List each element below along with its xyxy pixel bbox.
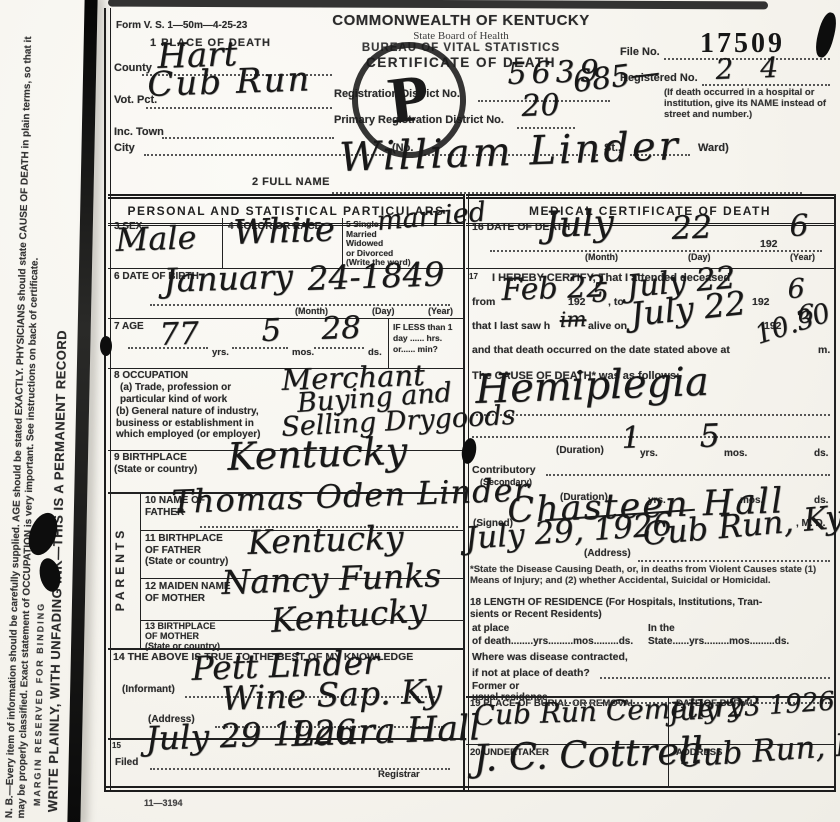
state-board-subtitle: State Board of Health	[330, 30, 592, 42]
precinct-value: Cub Run	[147, 62, 312, 102]
inc-town-label: Inc. Town	[114, 126, 164, 139]
scan-top-streak	[108, 0, 768, 9]
age-mos-label: mos.	[292, 348, 314, 359]
duration-mos-label: mos.	[724, 448, 747, 460]
father-name-value: Thomas Oden Linder	[171, 474, 530, 518]
medical-section-header: MEDICAL CERTIFICATE OF DEATH	[466, 194, 834, 226]
age-line	[314, 347, 364, 349]
precinct-line	[146, 107, 332, 109]
age-ds-label: ds.	[368, 348, 382, 359]
residence-label: 18 LENGTH OF RESIDENCE (For Hospitals, I…	[470, 597, 762, 620]
ink-blob	[100, 336, 112, 356]
duration-label: (Duration)	[556, 445, 604, 457]
last-saw-date: July 22	[629, 286, 748, 331]
filed-label: Filed	[115, 757, 138, 769]
dob-month-value: January	[163, 260, 294, 297]
date-of-death-line	[490, 250, 822, 252]
occupation-a-label: (a) Trade, profession or particular kind…	[120, 382, 231, 405]
marital-value: married	[376, 199, 487, 235]
of-death-line: of death........yrs.........mos.........…	[472, 636, 633, 648]
date-of-death-year-prefix: 192	[760, 238, 778, 250]
race-value: White	[233, 212, 336, 250]
signed-address-label: (Address)	[584, 548, 631, 560]
parents-vertical-label: PARENTS	[114, 494, 128, 644]
parents-divider	[140, 492, 141, 650]
bureau-subtitle: BUREAU OF VITAL STATISTICS	[330, 42, 592, 55]
scan-corner-mark	[813, 11, 840, 60]
full-name-label: 2 FULL NAME	[252, 176, 330, 189]
state-residence-line: State......yrs.........mos.........ds.	[648, 636, 789, 648]
last-saw-label: that I last saw h	[472, 320, 550, 332]
primary-district-value: 20	[521, 91, 560, 122]
to-year-prefix: 192	[752, 296, 770, 308]
duration-ds-label: ds.	[814, 448, 828, 460]
signed-address-line	[638, 560, 830, 562]
cause-line	[472, 414, 830, 416]
registrar-label: Registrar	[378, 770, 420, 781]
alive-on-label: alive on	[588, 320, 627, 332]
registrar-line	[150, 768, 450, 770]
dob-day-sub: (Day)	[372, 306, 395, 316]
informant-address-value: Wine Sap. Ky	[221, 674, 443, 715]
duration-yrs-label: yrs.	[640, 448, 658, 460]
undertaker-value: J. C. Cottrell	[473, 732, 704, 777]
at-place-label: at place	[472, 623, 509, 635]
form-bottom-border	[104, 786, 836, 798]
age-label: 7 AGE	[114, 321, 144, 333]
dob-year-sub: (Year)	[428, 306, 453, 316]
age-days-value: 28	[321, 313, 362, 345]
registrar-name-value: Laura Hall	[291, 711, 481, 753]
if-not-line	[600, 677, 830, 679]
death-occurred-label: and that death occurred on the date stat…	[472, 344, 730, 356]
dod-day-sub: (Day)	[688, 252, 711, 262]
age-yrs-label: yrs.	[212, 348, 229, 359]
attended-from-year: 5	[591, 279, 609, 307]
mother-birthplace-value: Kentucky	[270, 593, 428, 637]
birthplace-label: 9 BIRTHPLACE (State or country)	[114, 452, 197, 475]
date-of-death-month: July	[544, 206, 615, 244]
sex-value: Male	[115, 221, 197, 256]
father-birthplace-label: 11 BIRTHPLACE OF FATHER (State or countr…	[145, 533, 228, 568]
time-m-label: m.	[818, 344, 830, 356]
contracted-label: Where was disease contracted,	[472, 651, 628, 663]
if-less-note: IF LESS than 1 day ...... hrs. or...... …	[393, 322, 453, 355]
form-number: Form V. S. 1—50m—4-25-23	[116, 20, 247, 32]
death-certificate-scan: N. B.—Every item of information should b…	[0, 0, 840, 822]
date-of-death-year: 6	[789, 211, 809, 242]
primary-district-extra: 685—	[571, 58, 661, 98]
from-label: from	[472, 296, 495, 308]
occupation-label: 8 OCCUPATION	[114, 370, 188, 382]
city-label: City	[114, 142, 135, 155]
commonwealth-title: COMMONWEALTH OF KENTUCKY	[330, 12, 592, 29]
if-not-label: if not at place of death?	[472, 667, 590, 679]
last-saw-im: im	[559, 309, 586, 331]
cause-of-death-value: Hemiplegia	[475, 362, 710, 410]
ward-label: Ward)	[698, 142, 729, 155]
mother-name-label: 12 MAIDEN NAME OF MOTHER	[145, 581, 231, 604]
hospital-note: (If death occurred in a hospital or inst…	[664, 87, 836, 120]
form-code: 11—3194	[144, 798, 183, 808]
former-label: Former or	[472, 681, 519, 693]
form-left-border	[104, 8, 111, 792]
birthplace-value: Kentucky	[227, 432, 408, 476]
to-label: , to	[608, 296, 624, 308]
registered-no-value: 2 4	[715, 54, 787, 84]
date-of-death-day: 22	[671, 211, 713, 244]
p-stamp-letter: P	[384, 60, 433, 140]
certify-number: 17	[469, 272, 478, 281]
dod-month-sub: (Month)	[585, 252, 618, 262]
father-birthplace-value: Kentucky	[247, 521, 404, 559]
dob-line	[150, 304, 450, 306]
contributory-line	[546, 474, 830, 476]
cause-line	[472, 436, 830, 438]
in-the-label: In the	[648, 623, 675, 635]
dod-year-sub: (Year)	[790, 252, 815, 262]
age-months-value: 5	[261, 315, 282, 347]
filed-number: 15	[112, 741, 121, 750]
duration-years-value: 1	[621, 423, 641, 454]
age-years-value: 77	[159, 319, 200, 351]
cause-footnote: *State the Disease Causing Death, or, in…	[470, 564, 832, 586]
duration-months-value: 5	[699, 419, 720, 452]
informant-label: (Informant)	[122, 684, 175, 696]
dob-day-year-value: 24-1849	[307, 257, 445, 295]
inc-town-line	[162, 137, 334, 139]
mother-birthplace-label: 13 BIRTHPLACE OF MOTHER (State or countr…	[145, 621, 220, 651]
